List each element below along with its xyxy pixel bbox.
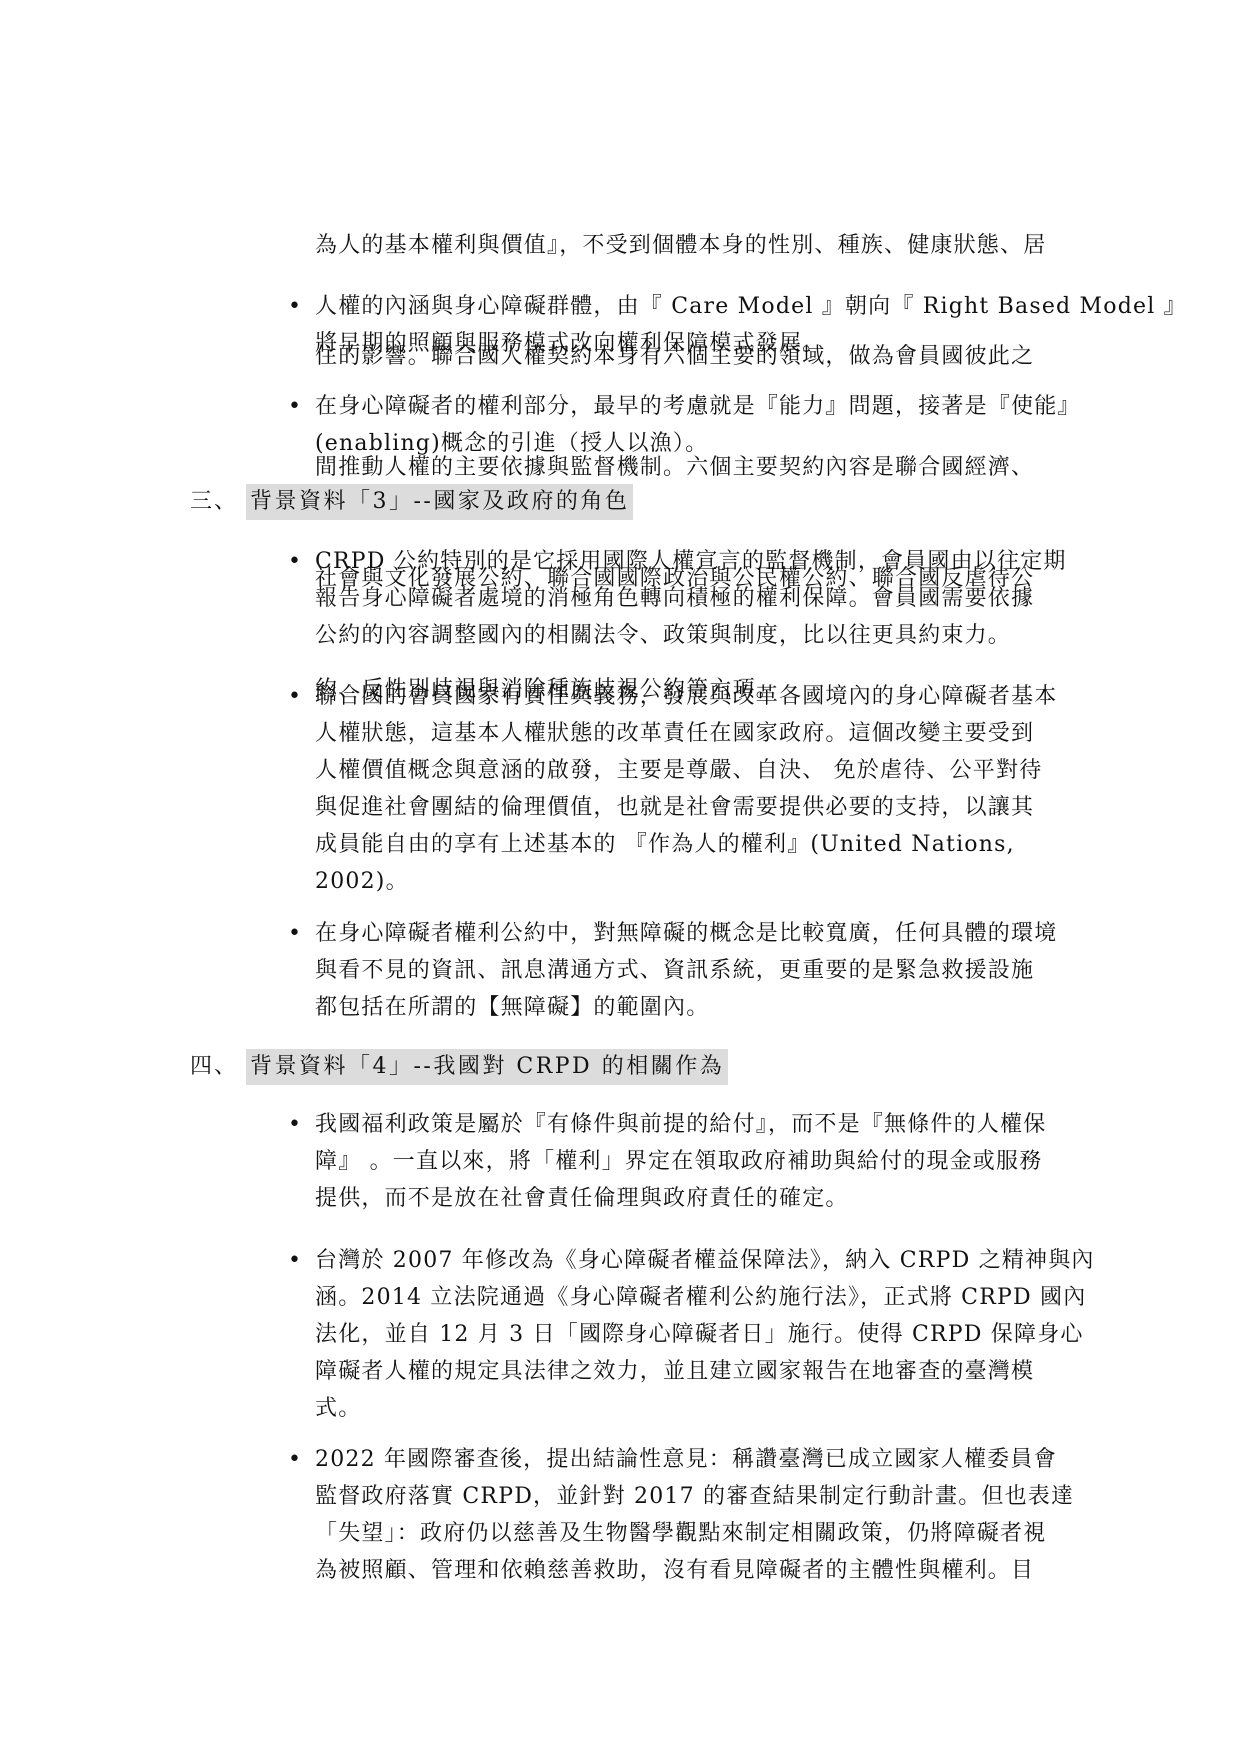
bullet-item: • CRPD 公約特別的是它採用國際人權宣言的監督機制，會員國由以往定期 報告身… [288,543,1098,654]
text-line: (enabling)概念的引進（授人以漁）。 [315,425,1095,462]
text-line: 「失望」：政府仍以慈善及生物醫學觀點來制定相關政策，仍將障礙者視 [315,1515,1095,1552]
text-line: 與促進社會團結的倫理價值，也就是社會需要提供必要的支持，以讓其 [315,789,1095,826]
text-line: CRPD 公約特別的是它採用國際人權宣言的監督機制，會員國由以往定期 [315,543,1095,580]
text-line: 法化，並自 12 月 3 日「國際身心障礙者日」施行。使得 CRPD 保障身心 [315,1316,1095,1353]
text-line: 式。 [315,1390,1095,1427]
text-line: 人權價值概念與意涵的啟發，主要是尊嚴、自決、 免於虐待、公平對待 [315,752,1095,789]
text-line: 將早期的照顧與服務模式改向權利保障模式發展。 [315,325,1095,362]
text-line: 在身心障礙者的權利部分，最早的考慮就是『能力』問題，接著是『使能』 [315,388,1095,425]
section-heading-3: 三、 背景資料「3」--國家及政府的角色 [190,484,633,520]
text-line: 報告身心障礙者處境的消極角色轉向積極的權利保障。會員國需要依據 [315,580,1095,617]
text-line: 我國福利政策是屬於『有條件與前提的給付』，而不是『無條件的人權保 [315,1106,1095,1143]
bullet-icon: • [288,1106,314,1143]
bullet-icon: • [288,288,314,325]
bullet-item: • 2022 年國際審查後，提出結論性意見：稱讚臺灣已成立國家人權委員會 監督政… [288,1441,1098,1589]
text-line: 人權狀態，這基本人權狀態的改革責任在國家政府。這個改變主要受到 [315,715,1095,752]
text-line: 人權的內涵與身心障礙群體，由『 Care Model 』朝向『 Right Ba… [315,288,1095,325]
bullet-item: • 人權的內涵與身心障礙群體，由『 Care Model 』朝向『 Right … [288,288,1098,362]
text-line: 聯合國的會員國家有責任與義務，發展與改革各國境內的身心障礙者基本 [315,678,1095,715]
text-line: 在身心障礙者權利公約中，對無障礙的概念是比較寬廣，任何具體的環境 [315,915,1095,952]
bullet-item: • 台灣於 2007 年修改為《身心障礙者權益保障法》，納入 CRPD 之精神與… [288,1242,1098,1427]
text-line: 2002)。 [315,863,1095,900]
text-line: 為被照顧、管理和依賴慈善救助，沒有看見障礙者的主體性與權利。目 [315,1552,1095,1589]
text-line: 涵。2014 立法院通過《身心障礙者權利公約施行法》，正式將 CRPD 國內 [315,1279,1095,1316]
text-line: 障』 。一直以來，將「權利」界定在領取政府補助與給付的現金或服務 [315,1143,1095,1180]
section-number: 三、 [190,484,246,520]
bullet-item: • 聯合國的會員國家有責任與義務，發展與改革各國境內的身心障礙者基本 人權狀態，… [288,678,1098,900]
bullet-item: • 我國福利政策是屬於『有條件與前提的給付』，而不是『無條件的人權保 障』 。一… [288,1106,1098,1217]
text-line: 與看不見的資訊、訊息溝通方式、資訊系統，更重要的是緊急救援設施 [315,952,1095,989]
text-line: 都包括在所謂的【無障礙】的範圍內。 [315,989,1095,1026]
text-line: 障礙者人權的規定具法律之效力，並且建立國家報告在地審查的臺灣模 [315,1353,1095,1390]
section-heading-4: 四、 背景資料「4」--我國對 CRPD 的相關作為 [190,1049,728,1085]
bullet-item: • 在身心障礙者權利公約中，對無障礙的概念是比較寬廣，任何具體的環境 與看不見的… [288,915,1098,1026]
text-line: 台灣於 2007 年修改為《身心障礙者權益保障法》，納入 CRPD 之精神與內 [315,1242,1095,1279]
section-number: 四、 [190,1049,246,1085]
bullet-icon: • [288,1242,314,1279]
section-title: 背景資料「4」--我國對 CRPD 的相關作為 [246,1049,728,1085]
document-page: 為人的基本權利與價值』，不受到個體本身的性別、種族、健康狀態、居 住的影響。聯合… [0,0,1240,1754]
text-line: 監督政府落實 CRPD，並針對 2017 的審查結果制定行動計畫。但也表達 [315,1478,1095,1515]
bullet-icon: • [288,388,314,425]
bullet-icon: • [288,543,314,580]
section-title: 背景資料「3」--國家及政府的角色 [246,484,633,520]
bullet-icon: • [288,1441,314,1478]
text-line: 公約的內容調整國內的相關法令、政策與制度，比以往更具約束力。 [315,617,1095,654]
text-line: 2022 年國際審查後，提出結論性意見：稱讚臺灣已成立國家人權委員會 [315,1441,1095,1478]
bullet-item: • 在身心障礙者的權利部分，最早的考慮就是『能力』問題，接著是『使能』 (ena… [288,388,1098,462]
text-line: 為人的基本權利與價值』，不受到個體本身的性別、種族、健康狀態、居 [315,227,1095,264]
bullet-icon: • [288,915,314,952]
text-line: 提供，而不是放在社會責任倫理與政府責任的確定。 [315,1180,1095,1217]
bullet-icon: • [288,678,314,715]
text-line: 成員能自由的享有上述基本的 『作為人的權利』(United Nations, [315,826,1095,863]
